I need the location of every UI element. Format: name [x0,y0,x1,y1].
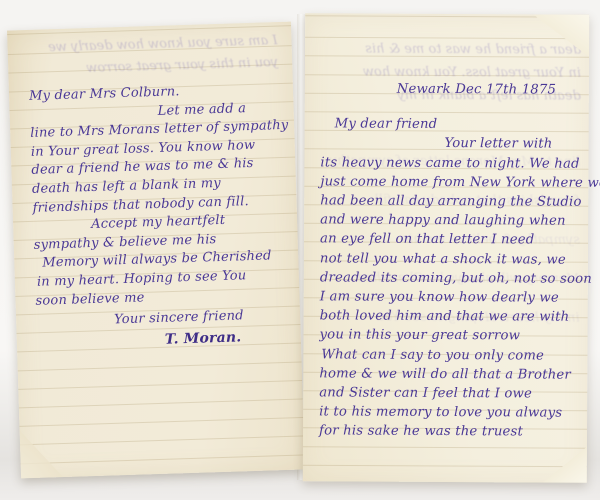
handwritten-line: an eye fell on that letter I need [320,230,580,251]
handwritten-line: not tell you what a shock it was, we [320,249,580,270]
handwritten-line: and Sister can I feel that I owe [319,383,579,404]
handwritten-line: just come home from New York where we [320,172,580,193]
letter-page-right: dear a friend he was to me & his in Your… [303,13,589,482]
handwritten-line: it to his memory to love you always [319,403,579,424]
letter-body-right: Newark Dec 17th 1875 My dear friend Your… [319,79,581,442]
letter-page-left: I am sure you know how dearly we you in … [7,22,305,479]
handwritten-line: for his sake he was the truest [319,422,579,443]
handwritten-line: What can I say to you only come [321,345,579,366]
handwritten-line: had been all day arranging the Studio [320,191,580,212]
photo-background: I am sure you know how dearly we you in … [0,0,600,500]
handwritten-line: I am sure you know how dearly we [320,287,580,308]
signature: T. Moran. [165,327,292,350]
handwritten-line: its heavy news came to night. We had [320,153,580,174]
handwritten-line: both loved him and that we are with [320,307,580,328]
dateline: Newark Dec 17th 1875 [397,80,581,100]
salutation: My dear friend [335,115,581,135]
handwritten-line: Your letter with [444,134,580,154]
handwritten-line: home & we will do all that a Brother [319,364,579,385]
handwritten-line: and were happy and laughing when [320,211,580,232]
handwritten-line: dreaded its coming, but oh, not so soon [320,268,580,289]
letter-body-left: My dear Mrs Colburn. Let me add a line t… [29,80,291,353]
handwritten-line: you in this your great sorrow [319,326,579,347]
